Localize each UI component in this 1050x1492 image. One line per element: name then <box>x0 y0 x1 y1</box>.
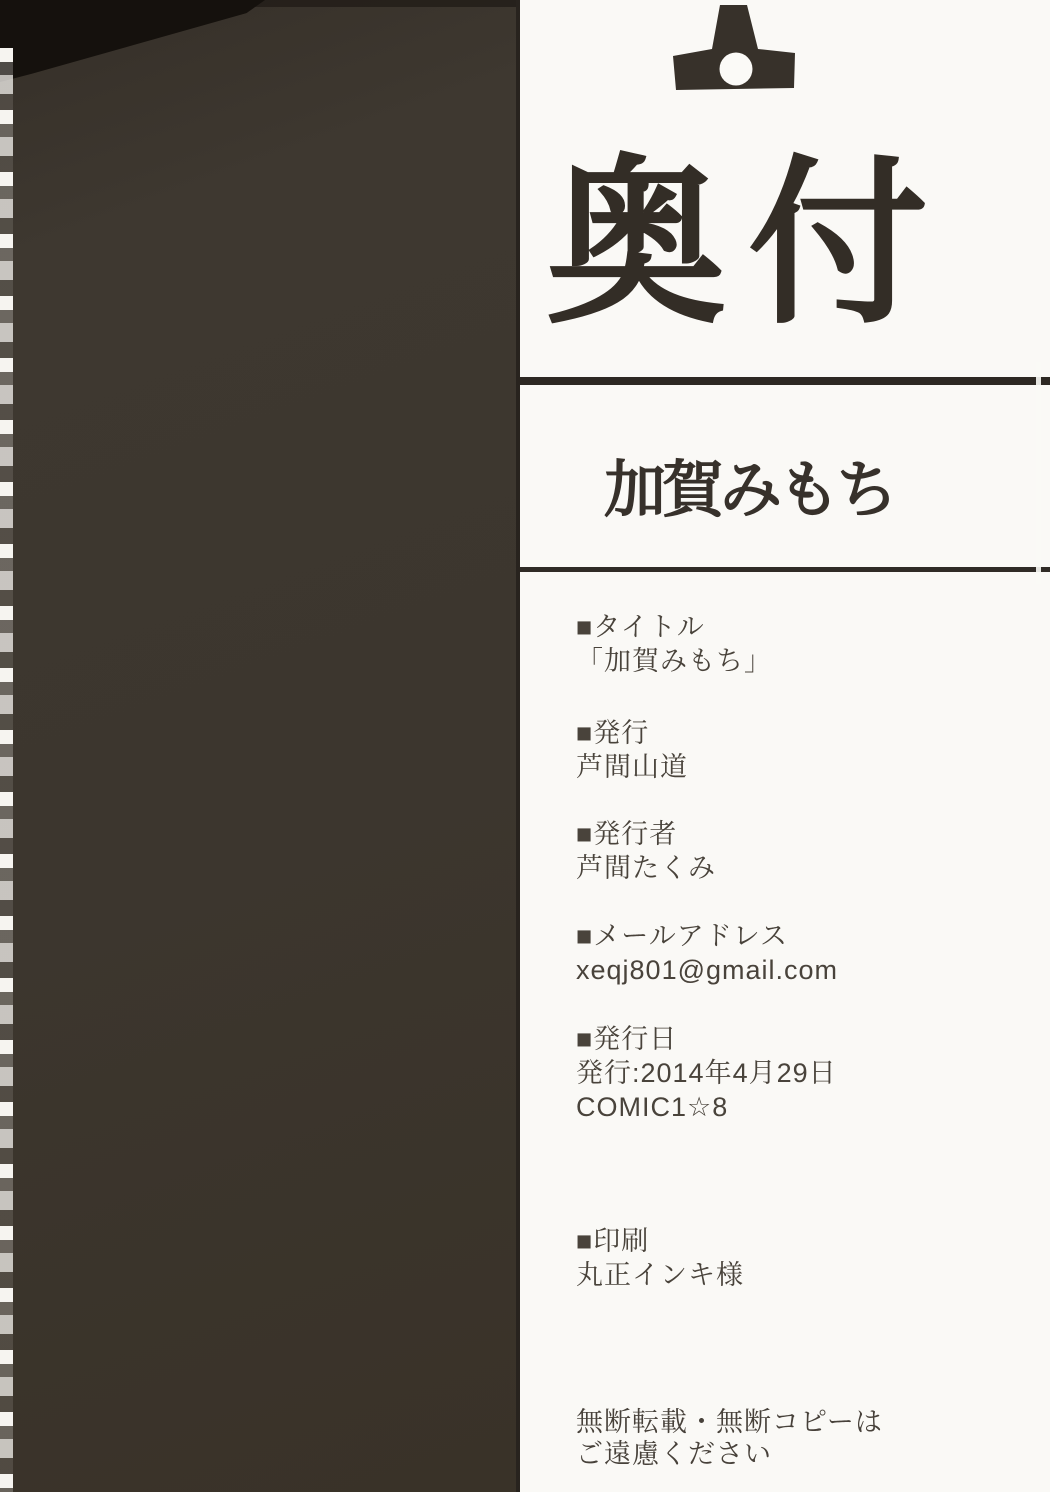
entry-label: ■発行者 <box>576 817 716 851</box>
copyright-notice-line2: ご遠慮ください <box>576 1438 883 1470</box>
divider-rule-top <box>520 377 1050 385</box>
entry-value: 発行:2014年4月29日 <box>576 1056 837 1090</box>
entry-label: ■発行日 <box>576 1022 837 1056</box>
colophon-entry-email: ■メールアドレス xeqj801@gmail.com <box>576 919 838 987</box>
colophon-entry-title: ■タイトル 「加賀みもち」 <box>576 610 772 678</box>
entry-value: 芦間たくみ <box>576 851 716 885</box>
funnel-badge-icon <box>670 2 800 94</box>
page-title: 奥付 <box>520 148 966 348</box>
entry-value: 芦間山道 <box>576 750 688 784</box>
scan-crease <box>1036 362 1041 584</box>
colophon-entry-printer: ■印刷 丸正インキ様 <box>576 1224 744 1292</box>
colophon-entry-author: ■発行者 芦間たくみ <box>576 817 716 885</box>
entry-value: 丸正インキ様 <box>576 1258 744 1292</box>
colophon-entry-publication-date: ■発行日 発行:2014年4月29日 COMIC1☆8 <box>576 1022 837 1124</box>
entry-label: ■発行 <box>576 716 688 750</box>
entry-value: 「加賀みもち」 <box>576 644 772 678</box>
entry-value-event: COMIC1☆8 <box>576 1090 837 1124</box>
scanned-colophon-page: 奥付 加賀みもち ■タイトル 「加賀みもち」 ■発行 芦間山道 ■発行者 芦間た… <box>0 0 1050 1492</box>
entry-label: ■タイトル <box>576 610 772 644</box>
entry-label: ■メールアドレス <box>576 919 838 953</box>
cover-dark-block <box>0 0 520 1492</box>
entry-label: ■印刷 <box>576 1224 744 1258</box>
copyright-notice-line1: 無断転載・無断コピーは <box>576 1406 883 1438</box>
divider-rule-bottom <box>520 567 1050 572</box>
torn-paper-edge <box>0 48 13 1492</box>
colophon-entry-publisher-circle: ■発行 芦間山道 <box>576 716 688 784</box>
book-title: 加賀みもち <box>520 440 978 529</box>
copyright-notice: 無断転載・無断コピーは ご遠慮ください <box>576 1406 883 1470</box>
corner-shadow <box>0 0 265 82</box>
entry-value-email: xeqj801@gmail.com <box>576 953 838 987</box>
